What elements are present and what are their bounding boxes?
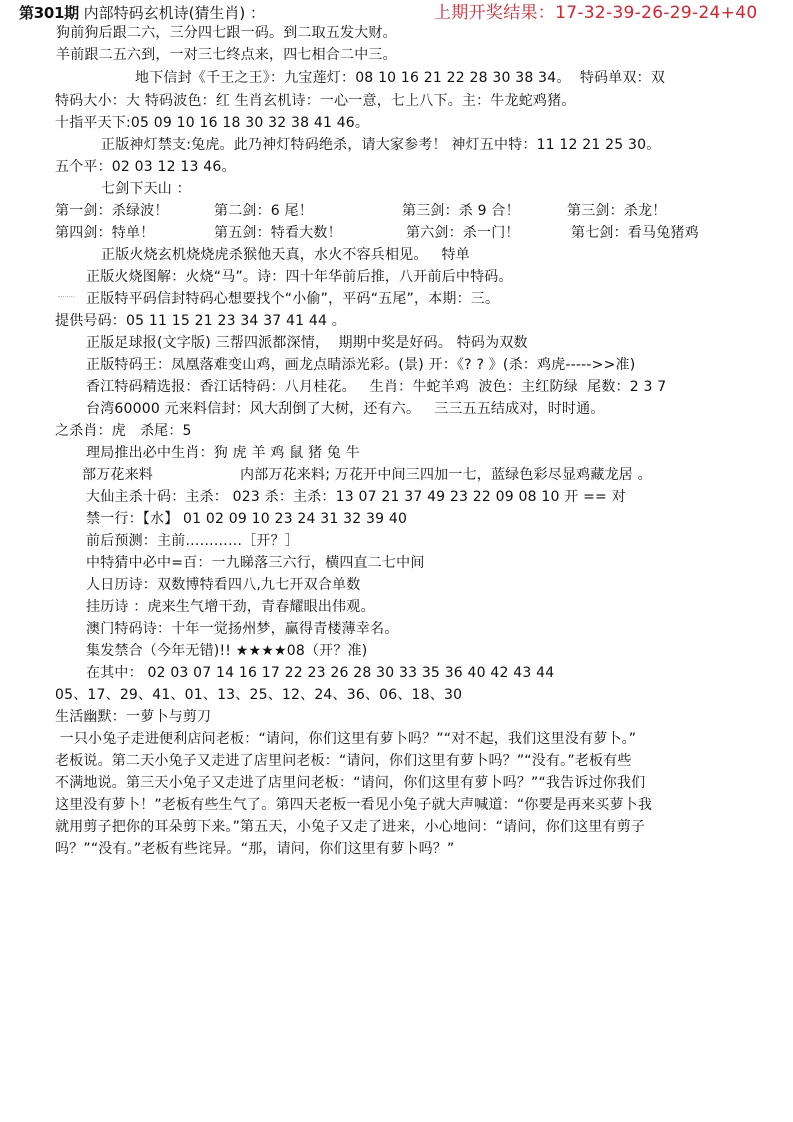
- flat-code-line: 正版特平码信封特码心想要找个“小偷”，平码“五尾”，本期：三。: [86, 289, 499, 309]
- wall-poem-line: 挂历诗 ：虎来生气增干劲，青春耀眼出伟观。: [86, 597, 375, 617]
- sword-4: 第四剑：特单！: [55, 223, 154, 243]
- sword-3: 第三剑：杀 9 合！: [402, 201, 520, 221]
- story-line-2: 老板说。第二天小兔子又走进了店里问老板：“请问，你们这里有萝卜吗？”“没有。”老…: [55, 751, 632, 771]
- fire-burn-line: 正版火烧玄机烧烧虎杀猴他天真，水火不容兵相见。 特单: [101, 245, 470, 265]
- logic-line: 理局推出必中生肖：狗 虎 羊 鸡 鼠 猪 兔 牛: [86, 443, 360, 463]
- collect-line: 集发禁合（今年无错)!! ★★★★08（开？准): [86, 641, 367, 661]
- story-line-3: 不满地说。第三天小兔子又走进了店里问老板：“请问，你们这里有萝卜吗？”“我告诉过…: [55, 773, 645, 793]
- macau-poem-line: 澳门特码诗：十年一觉扬州梦，赢得青楼薄幸名。: [86, 619, 398, 639]
- ban-row-line: 禁一行：【水】 01 02 09 10 23 24 31 32 39 40: [86, 509, 407, 529]
- provided-numbers-line: 提供号码：05 11 15 21 23 34 37 41 44 。: [55, 311, 346, 331]
- king-line: 正版特码王：凤凰落难变山鸡，画龙点睛添光彩。(景) 开：《? ? 》(杀：鸡虎-…: [86, 355, 635, 375]
- hongkong-line: 香江特码精选报：香江话特码：八月桂花。 生肖：牛蛇羊鸡 波色：主红防绿 尾数：2…: [86, 377, 666, 397]
- kill-line: 之杀肖：虎 杀尾：5: [55, 421, 192, 441]
- daxian-line: 大仙主杀十码：主杀： 023 杀：主杀：13 07 21 37 49 23 22…: [86, 487, 626, 507]
- sword-1: 第一剑：杀绿波！: [55, 201, 169, 221]
- poem-line-1: 狗前狗后跟二六，三分四七跟一码。到二取五发大财。: [56, 23, 397, 43]
- last-result-label: 上期开奖结果：: [434, 3, 555, 23]
- ten-fingers-line: 十指平天下:05 09 10 16 18 30 32 38 41 46。: [55, 113, 369, 133]
- fire-diagram-line: 正版火烧图解：火烧“马”。诗：四十年华前后推，八开前后中特码。: [86, 267, 513, 287]
- story-line-1: 一只小兔子走进便利店问老板：“请问，你们这里有萝卜吗？”“对不起，我们这里没有萝…: [55, 729, 636, 749]
- lamp-line: 正版神灯禁支:兔虎。此乃神灯特码绝杀，请大家参考！ 神灯五中特：11 12 21…: [101, 135, 660, 155]
- sword-6: 第六剑：杀一门！: [406, 223, 520, 243]
- wanhua-line: 内部万花来料; 万花开中间三四加一七，蓝绿色彩尽显鸡藏龙居 。: [240, 465, 652, 485]
- forecast-line: 前后预测：主前…………［开？］: [86, 531, 299, 551]
- story-title: 生活幽默：一萝卜与剪刀: [55, 707, 211, 727]
- divider-dots: [58, 296, 74, 299]
- among-line: 在其中： 02 03 07 14 16 17 22 23 26 28 30 33…: [86, 663, 554, 683]
- last-result-banner: 上期开奖结果：17-32-39-26-29-24+40: [434, 1, 757, 25]
- day-poem-line: 人日历诗：双数博特看四八,九七开双合单数: [86, 575, 360, 595]
- seven-swords-title: 七剑下天山 ：: [101, 179, 191, 199]
- football-line: 正版足球报(文字版) 三帮四派都深情， 期期中奖是好码。 特码为双数: [86, 333, 528, 353]
- issue-number: 第301期: [19, 4, 79, 22]
- sword-2: 第二剑：6 尾！: [214, 201, 313, 221]
- wanhua-label: 部万花来料: [82, 465, 153, 485]
- story-line-6: 吗？”“没有。”老板有些诧异。“那，请问，你们这里有萝卜吗？”: [55, 839, 454, 859]
- story-line-5: 就用剪子把你的耳朵剪下来。”第五天，小兔子又走了进来，小心地问：“请问，你们这里…: [55, 817, 645, 837]
- guess-line: 中特猜中必中=百：一九睇落三六行，横四直二七中间: [86, 553, 425, 573]
- taiwan-line: 台湾60000 元来料信封：风大刮倒了大树，还有六。 三三五五结成对，时时通。: [86, 399, 605, 419]
- page-title: 第301期 内部特码玄机诗(猜生肖) ：: [19, 2, 265, 24]
- poem-line-2: 羊前跟二五六到，一对三七终点来，四七相合二中三。: [56, 45, 397, 65]
- size-color-line: 特码大小：大 特码波色：红 生肖玄机诗：一心一意，七上八下。主：牛龙蛇鸡猪。: [55, 91, 576, 111]
- sword-5: 第五剑：特看大数！: [214, 223, 342, 243]
- sword-7: 第七剑：看马兔猪鸡: [571, 223, 699, 243]
- sword-3b: 第三剑：杀龙！: [567, 201, 666, 221]
- last-result-numbers: 17-32-39-26-29-24+40: [555, 3, 757, 23]
- five-flat-line: 五个平：02 03 12 13 46。: [55, 157, 236, 177]
- envelope-line: 地下信封《千王之王》：九宝莲灯：08 10 16 21 22 28 30 38 …: [135, 68, 665, 88]
- story-line-4: 这里没有萝卜！”老板有些生气了。第四天老板一看见小兔子就大声喊道：“你要是再来买…: [55, 795, 652, 815]
- title-text: 内部特码玄机诗(猜生肖) ：: [79, 4, 265, 22]
- sequence-line: 05、17、29、41、01、13、25、12、24、36、06、18、30: [55, 685, 462, 705]
